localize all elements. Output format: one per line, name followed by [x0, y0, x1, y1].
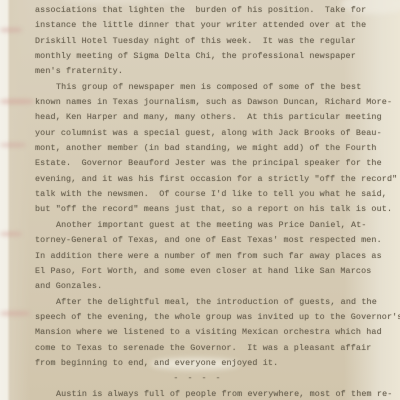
typewritten-line: speech of the evening, the whole group w… — [35, 310, 391, 325]
typewritten-line: Another important guest at the meeting w… — [35, 218, 391, 233]
typewritten-line: come to Texas to serenade the Governor. … — [35, 341, 391, 356]
typewritten-line: torney-General of Texas, and one of East… — [35, 233, 391, 248]
typewritten-line: and Gonzales. — [35, 279, 391, 294]
typewritten-line: men's fraternity. — [35, 64, 391, 79]
typewritten-line: Mansion where we listened to a visiting … — [35, 325, 391, 340]
typewritten-line: from beginning to end, and everyone enjo… — [35, 356, 391, 371]
typewritten-line: Estate. Governor Beauford Jester was the… — [35, 156, 391, 171]
typewritten-line: Driskill Hotel Tuesday night of this wee… — [35, 34, 391, 49]
typewritten-line: your columnist was a special guest, alon… — [35, 126, 391, 141]
typewritten-line: but "off the record" means just that, so… — [35, 202, 391, 217]
typewritten-line: After the delightful meal, the introduct… — [35, 295, 391, 310]
typewritten-line: associations that lighten the burden of … — [35, 3, 391, 18]
typewritten-line: mont, another member (in bad standing, w… — [35, 141, 391, 156]
typewritten-line: El Paso, Fort Worth, and some even close… — [35, 264, 391, 279]
typewritten-line: known names in Texas journalism, such as… — [35, 95, 391, 110]
typewritten-line: talk with the newsmen. Of course I'd lik… — [35, 187, 391, 202]
typewritten-line: head, Ken Harper and many, many others. … — [35, 110, 391, 125]
typewritten-line: Austin is always full of people from eve… — [35, 387, 391, 400]
section-divider: - - - - — [35, 371, 391, 386]
typewritten-line: instance the little dinner that your wri… — [35, 18, 391, 33]
typewritten-line: evening, and it was his first occasion f… — [35, 172, 391, 187]
typewritten-line: monthly meeting of Sigma Delta Chi, the … — [35, 49, 391, 64]
typewritten-text-block: associations that lighten the burden of … — [35, 3, 391, 400]
typewritten-line: This group of newspaper men is composed … — [35, 80, 391, 95]
typewritten-line: In addition there were a number of men f… — [35, 249, 391, 264]
scanned-document-page: { "document": { "kind": "typewritten let… — [0, 0, 400, 400]
